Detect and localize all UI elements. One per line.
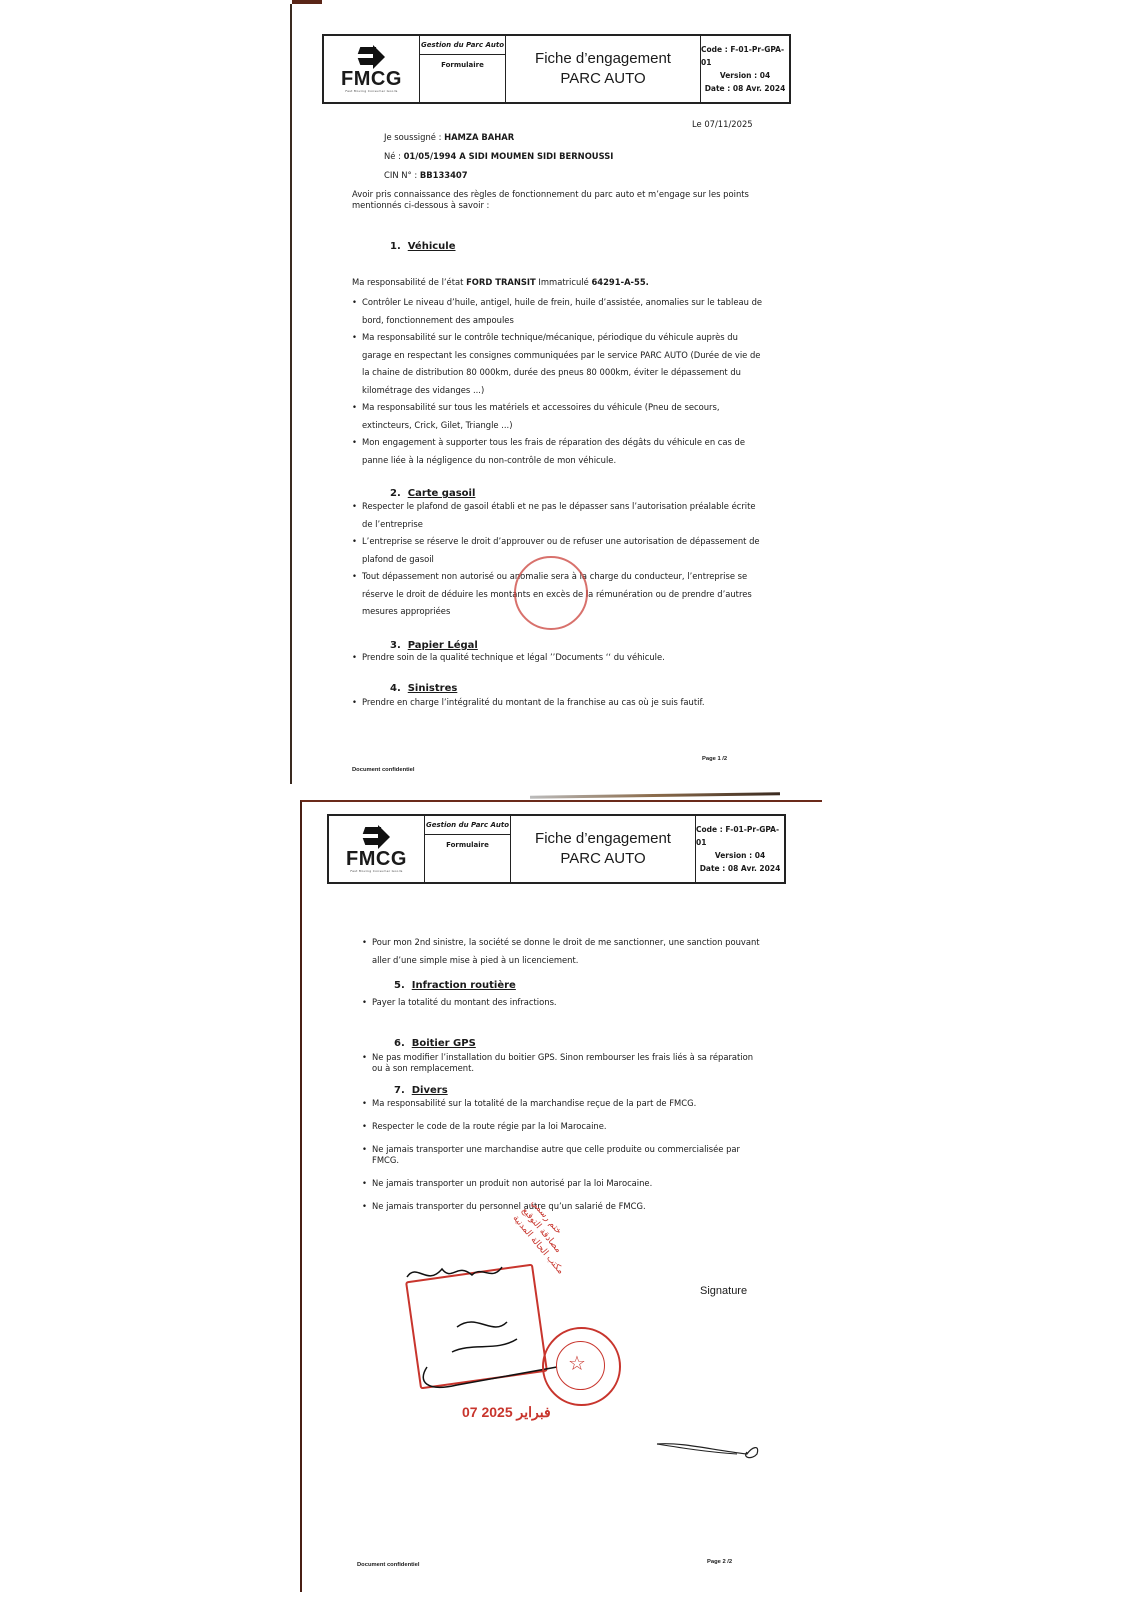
document-meta: Code : F-01-Pr-GPA-01 Version : 04 Date … [696,816,784,882]
section-7-title: 7. Divers [394,1082,448,1099]
document-page-1: FMCG Fast Moving Consumer Goods Gestion … [290,4,832,784]
section-6-list: Ne pas modifier l’installation du boitie… [362,1052,762,1074]
doc-version: Version : 04 [720,69,770,82]
letter-date: Le 07/11/2025 [692,116,753,133]
list-item: Ma responsabilité sur tous les matériels… [352,399,767,434]
document-header: FMCG Fast Moving Consumer Goods Gestion … [327,814,786,884]
list-item: Mon engagement à supporter tous les frai… [352,434,767,469]
section-1-list: Contrôler Le niveau d’huile, antigel, hu… [352,294,767,469]
department-label: Gestion du Parc Auto [425,816,510,835]
department-label: Gestion du Parc Auto [420,36,505,55]
birth-info: 01/05/1994 A SIDI MOUMEN SIDI BERNOUSSI [404,151,614,161]
doc-date: Date : 08 Avr. 2024 [700,862,781,875]
doc-type-label: Formulaire [425,835,510,882]
section-4-list: Prendre en charge l’intégralité du monta… [352,694,767,711]
list-item: Ma responsabilité sur la totalité de la … [362,1098,762,1109]
page-number: Page 1 /2 [702,756,727,762]
star-icon: ☆ [568,1351,586,1375]
confidential-footer: Document confidentiel [352,767,414,773]
document-meta: Code : F-01-Pr-GPA-01 Version : 04 Date … [701,36,789,102]
list-item: Ne pas modifier l’installation du boitie… [362,1052,762,1074]
stamp-date: 07 ⁠فبراير 2025 [462,1404,551,1421]
list-item: Ne jamais transporter un produit non aut… [362,1178,762,1189]
signature-label: Signature [700,1285,747,1297]
fmcg-logo: FMCG Fast Moving Consumer Goods [324,36,420,102]
document-header: FMCG Fast Moving Consumer Goods Gestion … [322,34,791,104]
doc-code: Code : F-01-Pr-GPA-01 [701,43,789,69]
list-item: Payer la totalité du montant des infract… [362,994,762,1011]
fmcg-logo: FMCG Fast Moving Consumer Goods [329,816,425,882]
document-title: Fiche d’engagement PARC AUTO [506,36,701,102]
list-item: Prendre soin de la qualité technique et … [352,649,767,666]
list-item: Respecter le plafond de gasoil établi et… [352,498,767,533]
vehicle-model: FORD TRANSIT [466,277,536,287]
intro-paragraph: Avoir pris connaissance des règles de fo… [352,189,762,211]
page-number: Page 2 /2 [707,1559,732,1565]
cin-number: BB133407 [420,170,468,180]
section-1-title: 1. Véhicule [390,238,456,255]
section-5-list: Payer la totalité du montant des infract… [362,994,762,1011]
list-item: Pour mon 2nd sinistre, la société se don… [362,934,762,969]
list-item: Ne jamais transporter une marchandise au… [362,1144,762,1166]
page-fold [530,792,780,798]
official-stamp-faint [514,556,588,630]
list-item: Ne jamais transporter du personnel autre… [362,1201,762,1212]
doc-type-label: Formulaire [420,55,505,102]
list-item: Respecter le code de la route régie par … [362,1121,762,1132]
employee-signature-icon [652,1432,762,1467]
section-4-continued: Pour mon 2nd sinistre, la société se don… [362,934,762,969]
confidential-footer: Document confidentiel [357,1562,419,1568]
doc-version: Version : 04 [715,849,765,862]
identity-block: Je soussigné : HAMZA BAHAR Né : 01/05/19… [384,128,613,185]
doc-code: Code : F-01-Pr-GPA-01 [696,823,784,849]
section-3-list: Prendre soin de la qualité technique et … [352,649,767,666]
vehicle-plate: 64291-A-55. [591,277,648,287]
section-6-title: 6. Boitier GPS [394,1035,476,1052]
arrow-logo-icon [359,45,385,69]
list-item: Contrôler Le niveau d’huile, antigel, hu… [352,294,767,329]
section-7-list: Ma responsabilité sur la totalité de la … [362,1098,762,1212]
vehicle-responsibility: Ma responsabilité de l’état FORD TRANSIT… [352,274,772,291]
doc-date: Date : 08 Avr. 2024 [705,82,786,95]
list-item: Prendre en charge l’intégralité du monta… [352,694,767,711]
handwritten-signature-icon [397,1257,567,1397]
document-page-2: FMCG Fast Moving Consumer Goods Gestion … [300,800,822,1592]
employee-name: HAMZA BAHAR [444,132,514,142]
document-title: Fiche d’engagement PARC AUTO [511,816,696,882]
arrow-logo-icon [364,825,390,849]
section-5-title: 5. Infraction routière [394,977,516,994]
list-item: Ma responsabilité sur le contrôle techni… [352,329,767,399]
